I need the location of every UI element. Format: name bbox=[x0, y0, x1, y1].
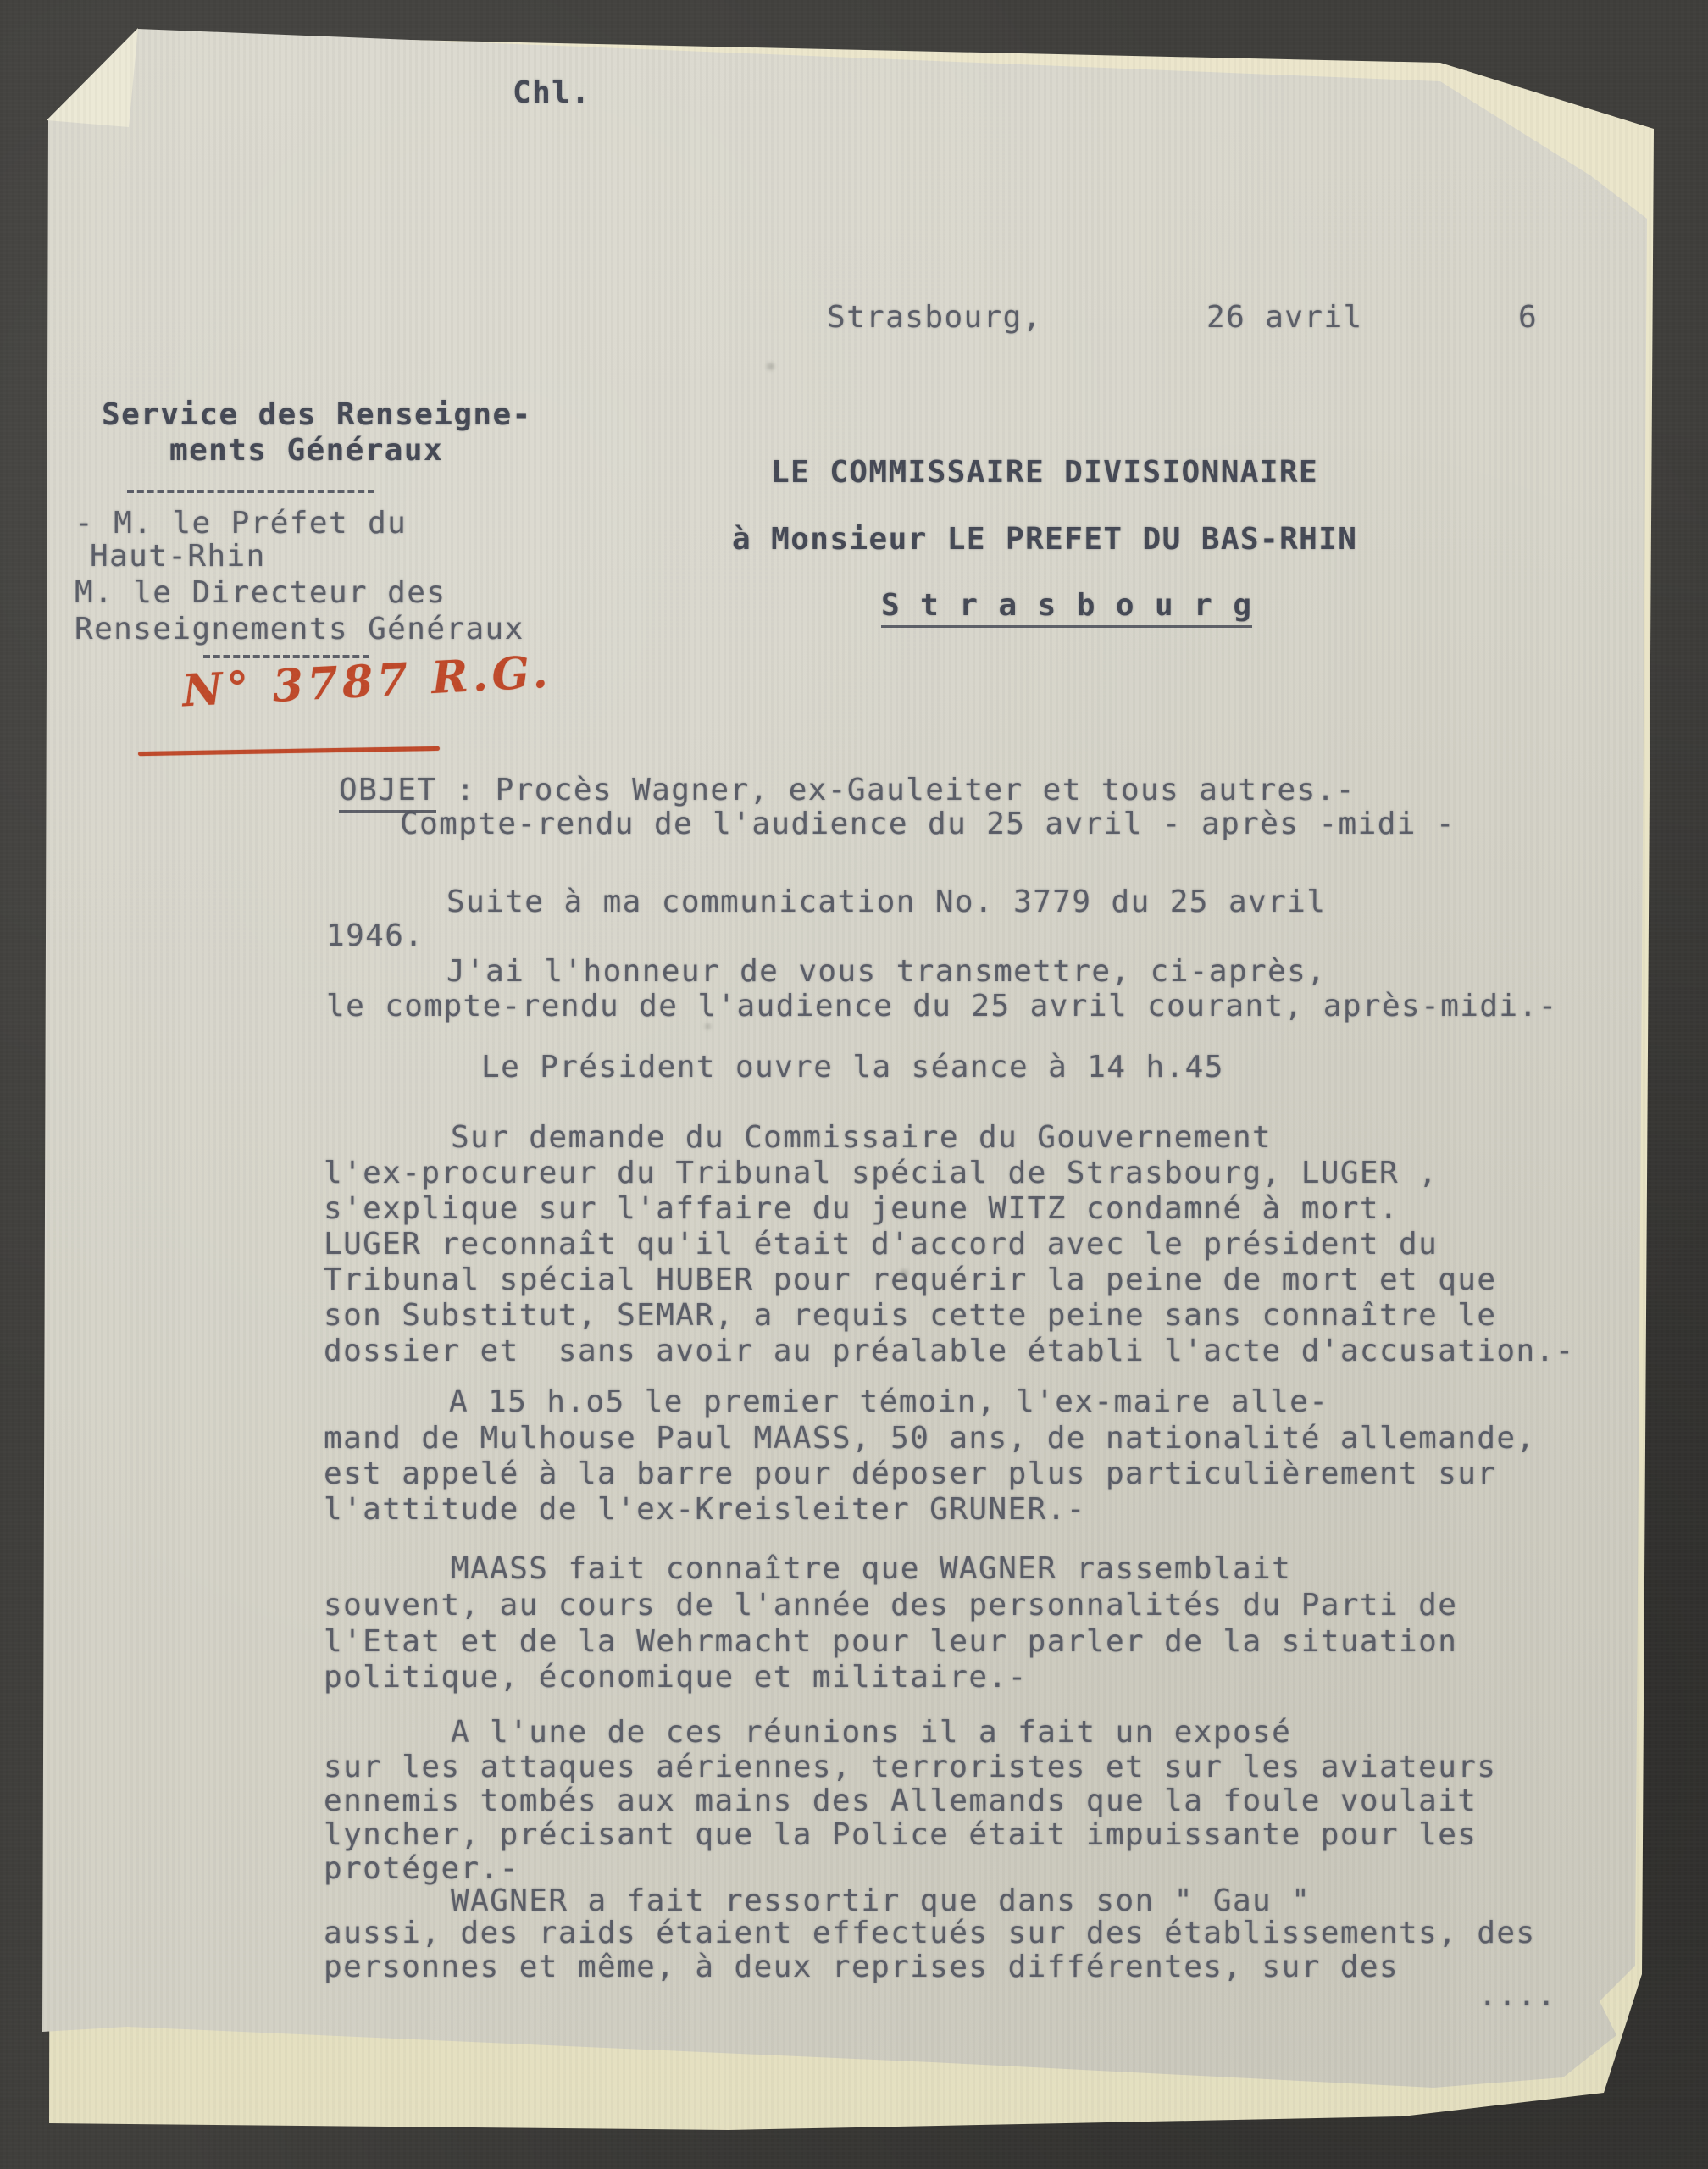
body-line: politique, économique et militaire.- bbox=[324, 1661, 1028, 1695]
body-line: l'Etat et de la Wehrmacht pour leur parl… bbox=[324, 1625, 1457, 1659]
body-line: l'ex-procureur du Tribunal spécial de St… bbox=[324, 1157, 1438, 1190]
body-line: s'explique sur l'affaire du jeune WITZ c… bbox=[324, 1192, 1399, 1226]
body-line: dossier et sans avoir au préalable établ… bbox=[324, 1334, 1575, 1368]
typed-dashed-rule bbox=[127, 490, 374, 493]
typed-text-layer: Chl.Strasbourg,26 avril6Service des Rens… bbox=[0, 0, 1708, 2169]
body-line: est appelé à la barre pour déposer plus … bbox=[324, 1457, 1496, 1491]
addressee-city: S t r a s b o u r g bbox=[881, 589, 1252, 628]
copy-recipient-line: Haut-Rhin bbox=[90, 540, 266, 574]
sender-line: Service des Renseigne- bbox=[102, 398, 532, 432]
body-line: Suite à ma communication No. 3779 du 25 … bbox=[446, 885, 1326, 919]
body-line: A 15 h.o5 le premier témoin, l'ex-maire … bbox=[449, 1385, 1328, 1419]
dateline-city: Strasbourg, bbox=[827, 301, 1042, 335]
body-line: Sur demande du Commissaire du Gouverneme… bbox=[451, 1121, 1272, 1155]
body-line: lyncher, précisant que la Police était i… bbox=[324, 1818, 1477, 1852]
body-line: MAASS fait connaître que WAGNER rassembl… bbox=[451, 1552, 1291, 1586]
copy-recipient-line: Renseignements Généraux bbox=[75, 613, 524, 646]
body-line: personnes et même, à deux reprises diffé… bbox=[324, 1950, 1399, 1984]
body-line: sur les attaques aériennes, terroristes … bbox=[324, 1750, 1496, 1784]
body-line: protéger.- bbox=[324, 1852, 519, 1886]
handwritten-registration-number: N° 3787 R.G. bbox=[181, 656, 552, 709]
body-line: aussi, des raids étaient effectués sur d… bbox=[324, 1917, 1536, 1950]
subject-line: OBJET : Procès Wagner, ex-Gauleiter et t… bbox=[339, 774, 1356, 807]
sender-line: ments Généraux bbox=[169, 434, 443, 468]
body-line: WAGNER a fait ressortir que dans son " G… bbox=[451, 1884, 1311, 1918]
paper-speck bbox=[900, 1269, 908, 1278]
body-line: le compte-rendu de l'audience du 25 avri… bbox=[326, 990, 1558, 1023]
body-line: LUGER reconnaît qu'il était d'accord ave… bbox=[324, 1228, 1438, 1262]
body-line: ennemis tombés aux mains des Allemands q… bbox=[324, 1784, 1477, 1818]
subject-line: Compte-rendu de l'audience du 25 avril -… bbox=[400, 807, 1456, 841]
handwritten-red-underline bbox=[138, 746, 440, 756]
body-line: son Substitut, SEMAR, a requis cette pei… bbox=[324, 1299, 1496, 1333]
typed-segment: : Procès Wagner, ex-Gauleiter et tous au… bbox=[436, 773, 1355, 807]
body-line: Le Président ouvre la séance à 14 h.45 bbox=[481, 1051, 1224, 1084]
reference-initials: Chl. bbox=[513, 76, 591, 110]
paper-speck bbox=[767, 363, 774, 370]
addressee-line: à Monsieur LE PREFET DU BAS-RHIN bbox=[732, 523, 1357, 557]
typed-dashed-rule bbox=[203, 655, 369, 658]
body-line: 1946. bbox=[326, 919, 424, 953]
body-line: l'attitude de l'ex-Kreisleiter GRUNER.- bbox=[324, 1493, 1086, 1527]
dateline-year-fragment: 6 bbox=[1518, 301, 1538, 335]
dateline-date: 26 avril bbox=[1206, 301, 1363, 335]
scan-background: Chl.Strasbourg,26 avril6Service des Rens… bbox=[0, 0, 1708, 2169]
copy-recipient-line: M. le Directeur des bbox=[75, 576, 446, 610]
body-line: Tribunal spécial HUBER pour requérir la … bbox=[324, 1263, 1496, 1297]
body-line: souvent, au cours de l'année des personn… bbox=[324, 1589, 1457, 1623]
body-line: J'ai l'honneur de vous transmettre, ci-a… bbox=[446, 955, 1326, 989]
body-line: A l'une de ces réunions il a fait un exp… bbox=[451, 1716, 1291, 1750]
paper-speck bbox=[705, 1023, 711, 1029]
sender-title: LE COMMISSAIRE DIVISIONNAIRE bbox=[771, 456, 1318, 490]
body-line: mand de Mulhouse Paul MAASS, 50 ans, de … bbox=[324, 1422, 1536, 1456]
continuation-dots: .... bbox=[1478, 1979, 1556, 2013]
copy-recipient-line: - M. le Préfet du bbox=[75, 507, 407, 541]
